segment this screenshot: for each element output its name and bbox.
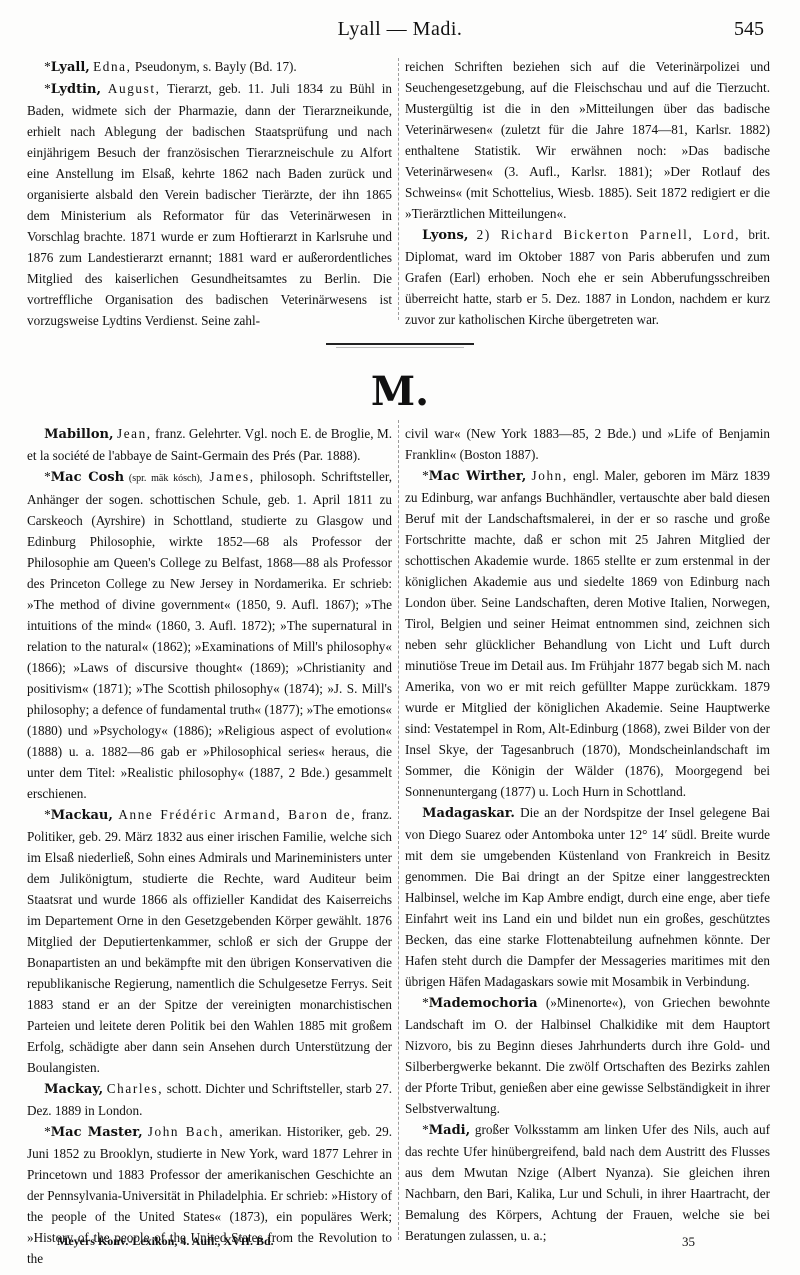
entry-lyons: Lyons, 2) Richard Bickerton Parnell, Lor… [405, 224, 770, 330]
page-number: 545 [734, 18, 764, 41]
entry-lemma: Lyons, [422, 228, 468, 243]
entry-lemma: Mac Cosh [51, 470, 124, 485]
entry-given-name: Anne Frédéric Armand, Baron de, [118, 807, 356, 822]
entry-given-name: John Bach, [148, 1124, 224, 1139]
entry-lemma: Lydtin, [51, 82, 101, 97]
pronunciation: (spr. mäk kósch), [124, 473, 202, 484]
entry-text: großer Volksstamm am linken Ufer des Nil… [405, 1122, 770, 1243]
section-letter: M. [0, 368, 800, 415]
entry-mabillon: Mabillon, Jean, franz. Gelehrter. Vgl. n… [27, 423, 392, 466]
entry-lemma: Lyall, [51, 60, 90, 75]
entry-lydtin-continued: reichen Schriften beziehen sich auf die … [405, 56, 770, 224]
entry-lemma: Mackau, [51, 808, 113, 823]
entry-given-name: August, [108, 81, 161, 96]
column-divider [398, 420, 399, 1240]
entry-lyall: *Lyall, Edna, Pseudonym, s. Bayly (Bd. 1… [27, 56, 392, 78]
revision-star: * [422, 468, 429, 483]
entry-mackau: *Mackau, Anne Frédéric Armand, Baron de,… [27, 804, 392, 1078]
column-divider [398, 58, 399, 320]
entry-text: franz. Politiker, geb. 29. März 1832 aus… [27, 807, 392, 1075]
bottom-left-column: Mabillon, Jean, franz. Gelehrter. Vgl. n… [27, 423, 392, 1269]
entry-text: Tierarzt, geb. 11. Juli 1834 zu Bühl in … [27, 81, 392, 328]
entry-text: reichen Schriften beziehen sich auf die … [405, 59, 770, 221]
revision-star: * [422, 995, 429, 1010]
entry-given-name: John, [532, 468, 568, 483]
entry-given-name: Jean, [117, 426, 152, 441]
entry-mac-cosh: *Mac Cosh (spr. mäk kósch), James, philo… [27, 466, 392, 804]
entry-lemma: Mabillon, [44, 427, 113, 442]
volume-signature: Meyers Konv.-Lexikon, 4. Aufl., XVII. Bd… [57, 1234, 274, 1249]
revision-star: * [44, 469, 51, 484]
sheet-number: 35 [682, 1234, 695, 1250]
entry-text: (»Minenorte«), von Griechen bewohnte Lan… [405, 995, 770, 1116]
entry-mac-master-continued: civil war« (New York 1883—85, 2 Bde.) un… [405, 423, 770, 465]
entry-lemma: Mackay, [44, 1082, 103, 1097]
entry-lemma: Mac Wirther, [429, 469, 527, 484]
entry-text: Die an der Nordspitze der Insel gelegene… [405, 805, 770, 989]
section-rule-thin [336, 347, 464, 348]
entry-lemma: Mac Master, [51, 1125, 143, 1140]
entry-lemma: Madagaskar. [422, 806, 515, 821]
section-rule [326, 343, 474, 345]
entry-lydtin: *Lydtin, August, Tierarzt, geb. 11. Juli… [27, 78, 392, 331]
bottom-right-column: civil war« (New York 1883—85, 2 Bde.) un… [405, 423, 770, 1246]
entry-text: engl. Maler, geboren im März 1839 zu Edi… [405, 468, 770, 799]
entry-given-name: 2) Richard Bickerton Parnell, Lord, [477, 227, 740, 242]
running-title: Lyall — Madi. [20, 18, 780, 41]
revision-star: * [44, 807, 51, 822]
entry-given-name: Edna, [93, 59, 131, 74]
entry-mademochoria: *Mademochoria (»Minenorte«), von Grieche… [405, 992, 770, 1119]
revision-star: * [44, 59, 51, 74]
entry-mac-wirther: *Mac Wirther, John, engl. Maler, geboren… [405, 465, 770, 802]
revision-star: * [422, 1122, 429, 1137]
entry-text: philosoph. Schriftsteller, Anhänger der … [27, 469, 392, 801]
entry-text: Pseudonym, s. Bayly (Bd. 17). [132, 59, 297, 74]
entry-lemma: Mademochoria [429, 996, 538, 1011]
entry-mackay: Mackay, Charles, schott. Dichter und Sch… [27, 1078, 392, 1121]
entry-given-name: Charles, [107, 1081, 163, 1096]
revision-star: * [44, 1124, 51, 1139]
entry-text: civil war« (New York 1883—85, 2 Bde.) un… [405, 426, 770, 462]
entry-given-name: James, [202, 469, 254, 484]
entry-madagaskar: Madagaskar. Die an der Nordspitze der In… [405, 802, 770, 992]
encyclopedia-page: Lyall — Madi. 545 *Lyall, Edna, Pseudony… [0, 0, 800, 1275]
top-right-column: reichen Schriften beziehen sich auf die … [405, 56, 770, 330]
entry-madi: *Madi, großer Volksstamm am linken Ufer … [405, 1119, 770, 1246]
running-head: Lyall — Madi. 545 [20, 18, 780, 48]
revision-star: * [44, 81, 51, 96]
entry-lemma: Madi, [429, 1123, 470, 1138]
top-left-column: *Lyall, Edna, Pseudonym, s. Bayly (Bd. 1… [27, 56, 392, 331]
